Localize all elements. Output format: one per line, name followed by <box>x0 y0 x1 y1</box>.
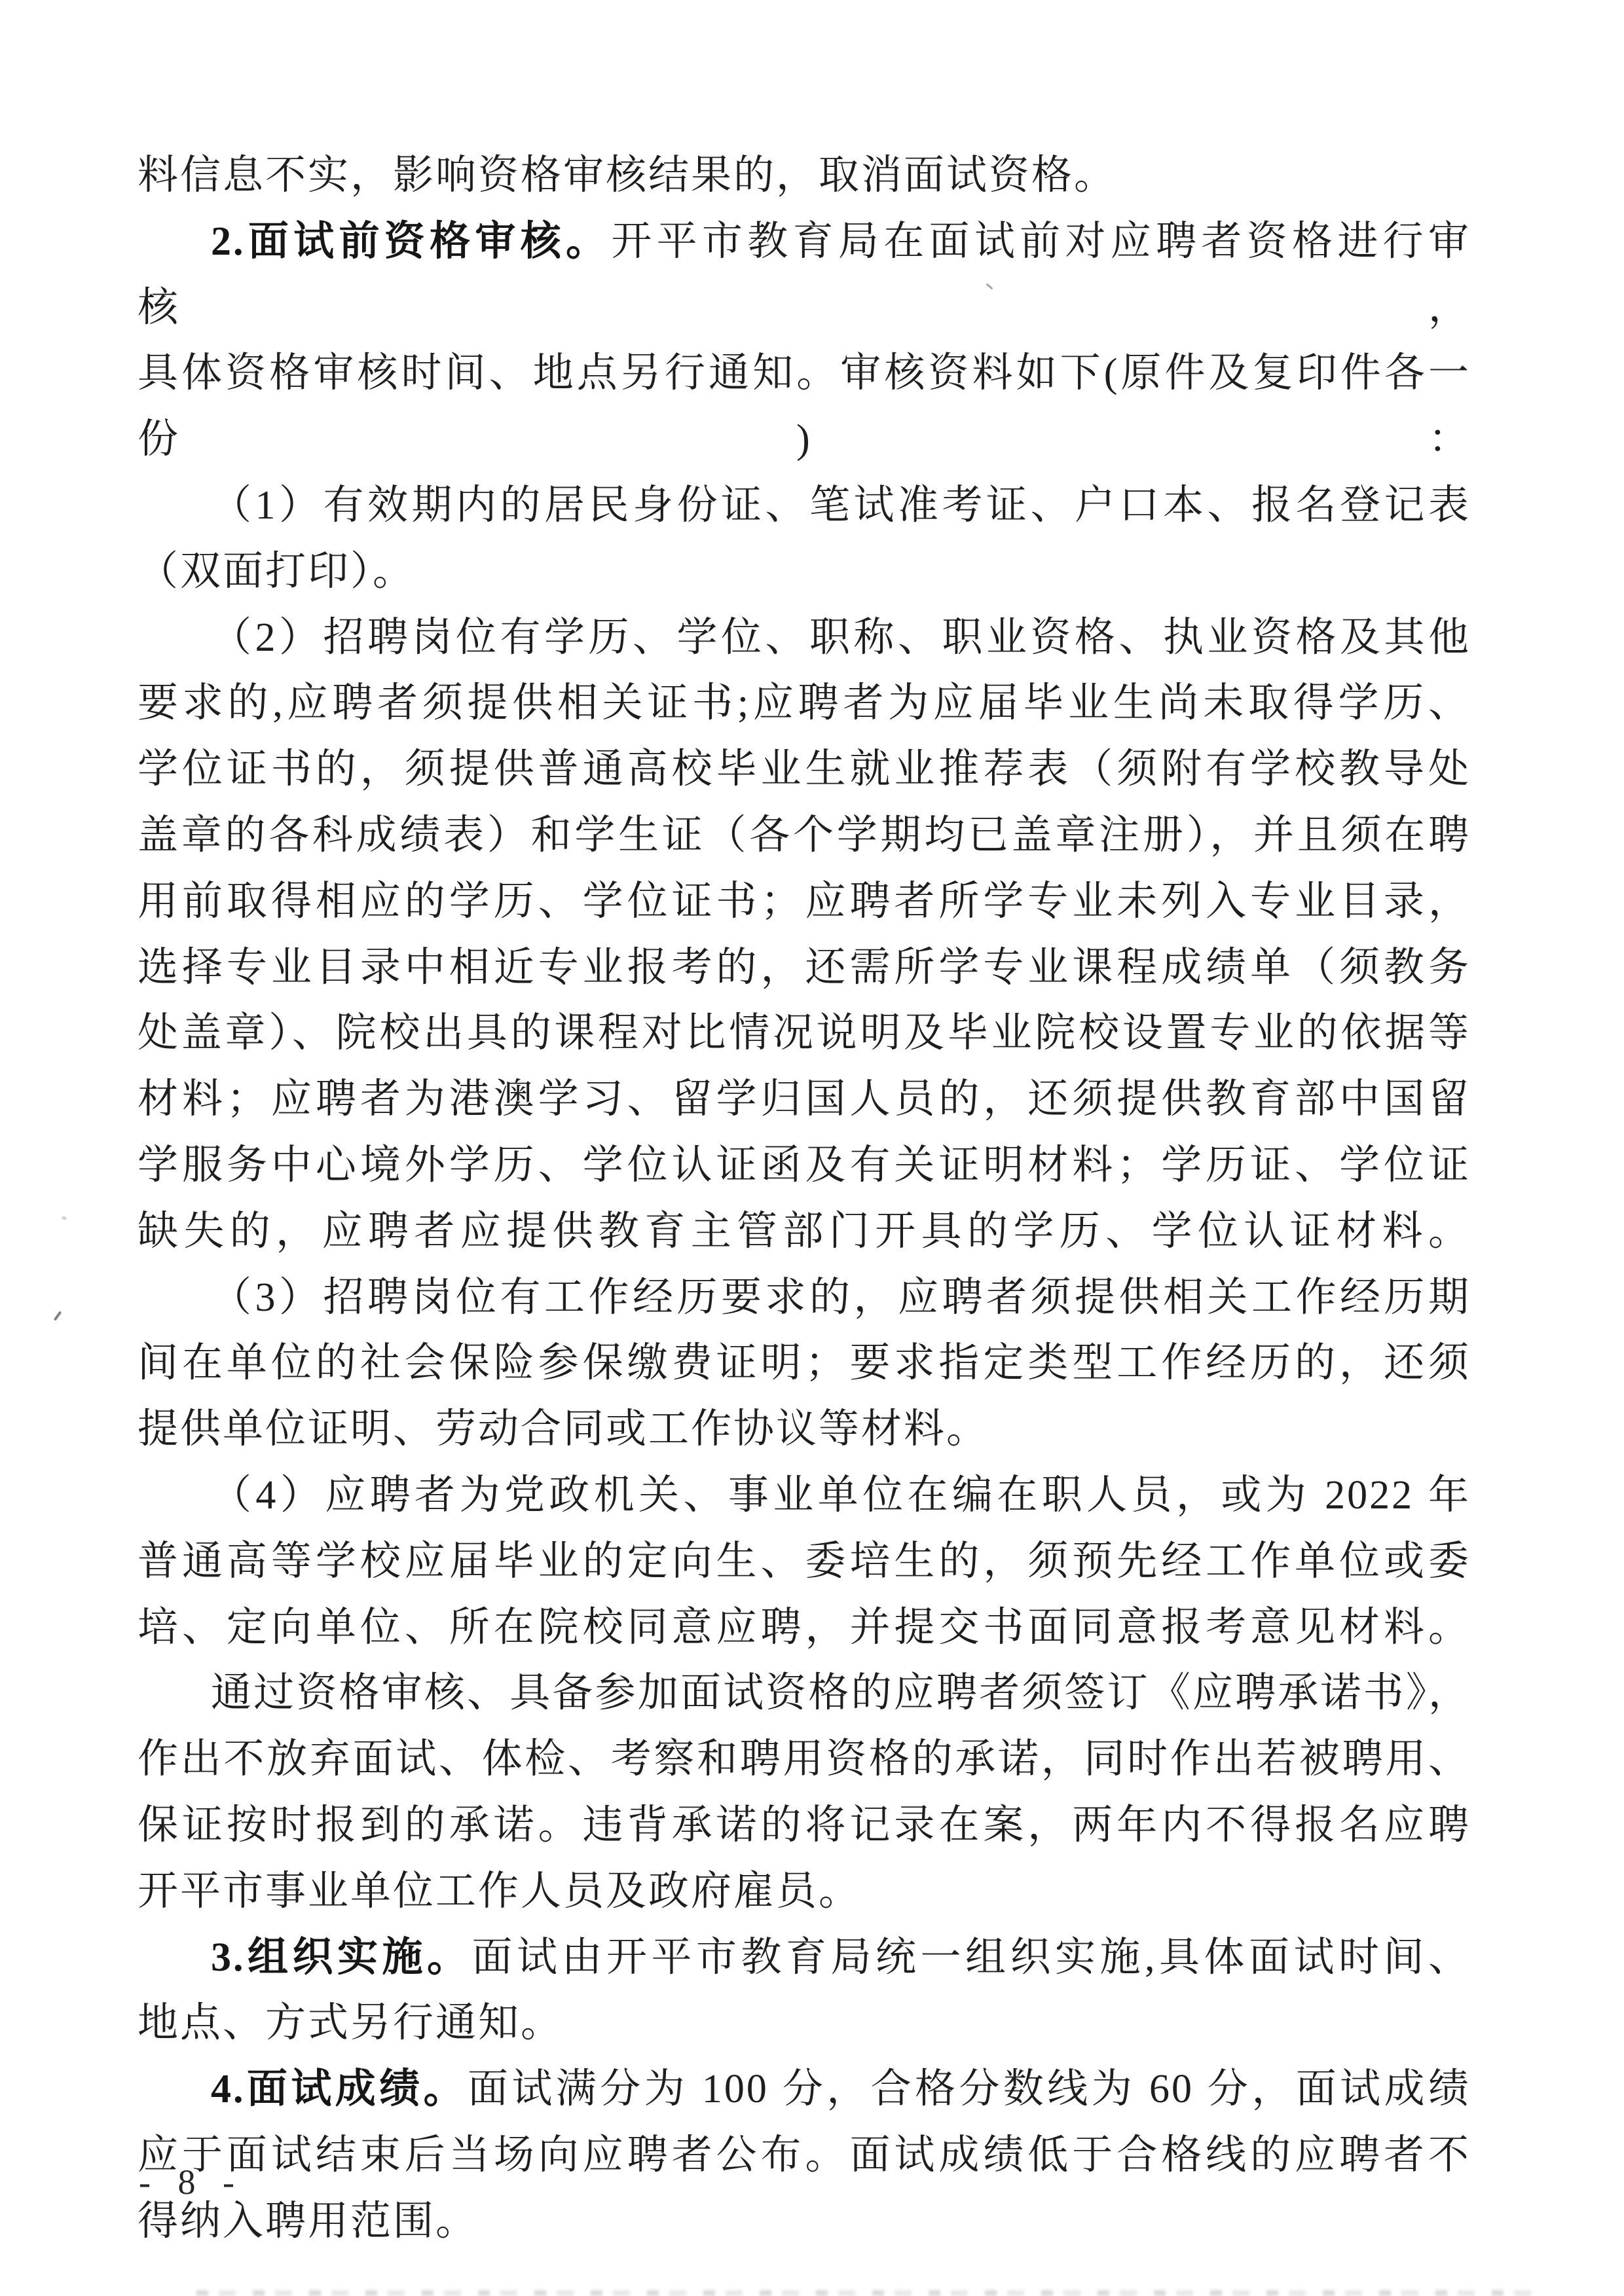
text-line: 要求的,应聘者须提供相关证书;应聘者为应届毕业生尚未取得学历、 <box>138 670 1471 737</box>
text-line: 地点、方式另行通知。 <box>138 1990 1471 2056</box>
text-line: 培、定向单位、所在院校同意应聘，并提交书面同意报考意见材料。 <box>138 1595 1471 1661</box>
text-line: （2）招聘岗位有学历、学位、职称、职业资格、执业资格及其他 <box>138 605 1471 671</box>
text-line: 缺失的，应聘者应提供教育主管部门开具的学历、学位认证材料。 <box>138 1199 1471 1265</box>
page-number: - 8 - <box>139 2162 244 2202</box>
text-line: 具体资格审核时间、地点另行通知。审核资料如下(原件及复印件各一份)： <box>138 340 1471 473</box>
text-line: 4.面试成绩。面试满分为 100 分，合格分数线为 60 分，面试成绩 <box>138 2056 1471 2123</box>
text-line: （双面打印）。 <box>138 539 1471 605</box>
text-line: 得纳入聘用范围。 <box>138 2189 1471 2255</box>
text-line: 用前取得相应的学历、学位证书；应聘者所学专业未列入专业目录， <box>138 869 1471 935</box>
text-line: 间在单位的社会保险参保缴费证明；要求指定类型工作经历的，还须 <box>138 1330 1471 1396</box>
scan-speck-icon <box>54 1311 62 1321</box>
text-line: 学位证书的，须提供普通高校毕业生就业推荐表（须附有学校教导处 <box>138 737 1471 803</box>
text-line: 选择专业目录中相近专业报考的，还需所学专业课程成绩单（须教务 <box>138 935 1471 1001</box>
text-line: （4）应聘者为党政机关、事业单位在编在职人员，或为 2022 年 <box>138 1463 1471 1529</box>
text-line: 2.面试前资格审核。开平市教育局在面试前对应聘者资格进行审核， <box>138 209 1471 341</box>
section-heading: 4.面试成绩。 <box>211 2067 468 2111</box>
text-line: 开平市事业单位工作人员及政府雇员。 <box>138 1859 1471 1925</box>
text-line: 材料；应聘者为港澳学习、留学归国人员的，还须提供教育部中国留 <box>138 1066 1471 1133</box>
text-line: （1）有效期内的居民身份证、笔试准考证、户口本、报名登记表 <box>138 473 1471 539</box>
text-line: 作出不放弃面试、体检、考察和聘用资格的承诺，同时作出若被聘用、 <box>138 1726 1471 1793</box>
text-line: 普通高等学校应届毕业的定向生、委培生的，须预先经工作单位或委 <box>138 1529 1471 1595</box>
text-line: 处盖章）、院校出具的课程对比情况说明及毕业院校设置专业的依据等 <box>138 1000 1471 1066</box>
scan-artifact-bottom-edge-text <box>196 2290 1532 2296</box>
text-line: 保证按时报到的承诺。违背承诺的将记录在案，两年内不得报名应聘 <box>138 1793 1471 1859</box>
document-page: 料信息不实，影响资格审核结果的，取消面试资格。2.面试前资格审核。开平市教育局在… <box>0 0 1624 2296</box>
scan-speck-icon <box>61 1216 67 1220</box>
text-line: 3.组织实施。面试由开平市教育局统一组织实施,具体面试时间、 <box>138 1925 1471 1991</box>
section-heading: 3.组织实施。 <box>211 1935 472 1980</box>
section-heading: 2.面试前资格审核。 <box>211 219 611 264</box>
scan-speck-icon <box>1087 1768 1091 1773</box>
text-line: 料信息不实，影响资格审核结果的，取消面试资格。 <box>138 143 1471 209</box>
text-line: 盖章的各科成绩表）和学生证（各个学期均已盖章注册），并且须在聘 <box>138 803 1471 869</box>
text-line: 应于面试结束后当场向应聘者公布。面试成绩低于合格线的应聘者不 <box>138 2123 1471 2189</box>
text-line: 提供单位证明、劳动合同或工作协议等材料。 <box>138 1396 1471 1463</box>
text-line: 学服务中心境外学历、学位认证函及有关证明材料；学历证、学位证 <box>138 1133 1471 1199</box>
text-line: 通过资格审核、具备参加面试资格的应聘者须签订《应聘承诺书》， <box>138 1660 1471 1726</box>
document-body: 料信息不实，影响资格审核结果的，取消面试资格。2.面试前资格审核。开平市教育局在… <box>138 143 1471 2255</box>
text-line: （3）招聘岗位有工作经历要求的，应聘者须提供相关工作经历期 <box>138 1265 1471 1331</box>
